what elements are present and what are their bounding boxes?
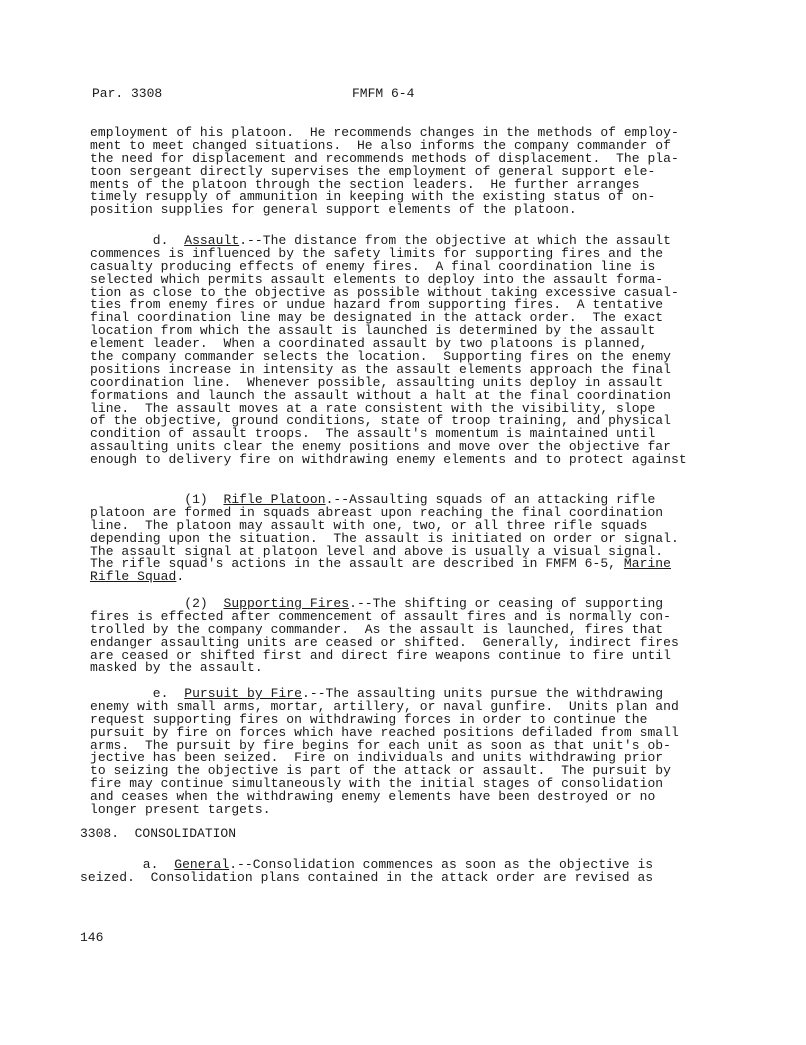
assault-paragraph: d. Assault.--The distance from the objec…	[90, 235, 690, 467]
text-line: longer present targets.	[90, 804, 690, 817]
text-line: enough to delivery fire on withdrawing e…	[90, 454, 690, 467]
paragraph-reference: Par. 3308	[92, 86, 162, 101]
section-heading: 3308. CONSOLIDATION	[80, 826, 236, 841]
document-page: Par. 3308 FMFM 6-4 employment of his pla…	[0, 0, 806, 1045]
page-number: 146	[80, 930, 103, 945]
reference-title: Marine	[624, 556, 671, 571]
intro-paragraph: employment of his platoon. He recommends…	[90, 127, 690, 217]
text-segment: .	[176, 569, 184, 584]
rifle-platoon-paragraph: (1) Rifle Platoon.--Assaulting squads of…	[90, 494, 690, 584]
supporting-fires-paragraph: (2) Supporting Fires.--The shifting or c…	[90, 598, 690, 675]
general-paragraph: a. General.--Consolidation commences as …	[80, 859, 680, 885]
pursuit-by-fire-paragraph: e. Pursuit by Fire.--The assaulting unit…	[90, 688, 690, 817]
manual-designation: FMFM 6-4	[352, 86, 414, 101]
text-line: Rifle Squad.	[90, 571, 690, 584]
text-line: seized. Consolidation plans contained in…	[80, 872, 680, 885]
text-line: position supplies for general support el…	[90, 204, 690, 217]
reference-title: Rifle Squad	[90, 569, 176, 584]
text-line: masked by the assault.	[90, 662, 690, 675]
